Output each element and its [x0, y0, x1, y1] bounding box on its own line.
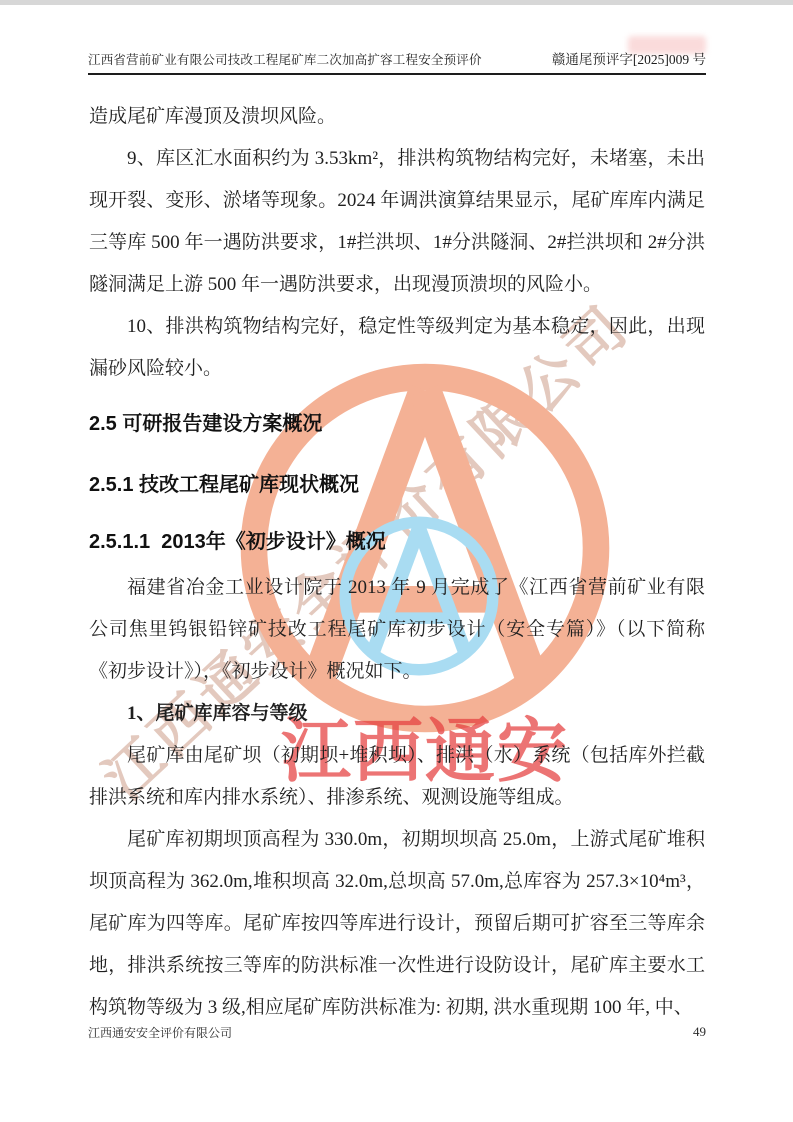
document-body: 造成尾矿库漫顶及溃坝风险。9、库区汇水面积约为 3.53km²，排洪构筑物结构完…	[89, 96, 705, 1029]
header-report-title: 江西省营前矿业有限公司技改工程尾矿库二次加高扩容工程安全预评价	[88, 50, 482, 68]
header-doc-number: 赣通尾预评字[2025]009 号	[552, 48, 706, 68]
page-footer: 江西通安安全评价有限公司 49	[88, 1024, 706, 1041]
paragraph: 10、排洪构筑物结构完好，稳定性等级判定为基本稳定，因此，出现漏砂风险较小。	[89, 306, 705, 390]
document-page: 江西通安全评价有限公司 江西通安 江西省营前矿业有限公司技改工程尾矿库二次加高扩…	[0, 0, 793, 1122]
paragraph: 福建省冶金工业设计院于 2013 年 9 月完成了《江西省营前矿业有限公司焦里钨…	[89, 567, 705, 693]
page-header: 江西省营前矿业有限公司技改工程尾矿库二次加高扩容工程安全预评价 赣通尾预评字[2…	[88, 48, 706, 75]
section-heading: 2.5.1.1 2013年《初步设计》概况	[89, 520, 705, 564]
paragraph: 尾矿库初期坝顶高程为 330.0m，初期坝坝高 25.0m，上游式尾矿堆积坝顶高…	[89, 819, 705, 1029]
paragraph: 尾矿库由尾矿坝（初期坝+堆积坝）、排洪（水）系统（包括库外拦截排洪系统和库内排水…	[89, 735, 705, 819]
content-layer: 江西省营前矿业有限公司技改工程尾矿库二次加高扩容工程安全预评价 赣通尾预评字[2…	[0, 0, 793, 1122]
section-heading: 2.5 可研报告建设方案概况	[89, 402, 705, 446]
paragraph: 1、尾矿库库容与等级	[89, 693, 705, 735]
section-heading: 2.5.1 技改工程尾矿库现状概况	[89, 463, 705, 507]
paragraph: 造成尾矿库漫顶及溃坝风险。	[89, 96, 705, 138]
footer-page-number: 49	[693, 1024, 706, 1040]
paragraph: 9、库区汇水面积约为 3.53km²，排洪构筑物结构完好，未堵塞，未出现开裂、变…	[89, 138, 705, 306]
footer-company-name: 江西通安安全评价有限公司	[88, 1024, 232, 1041]
